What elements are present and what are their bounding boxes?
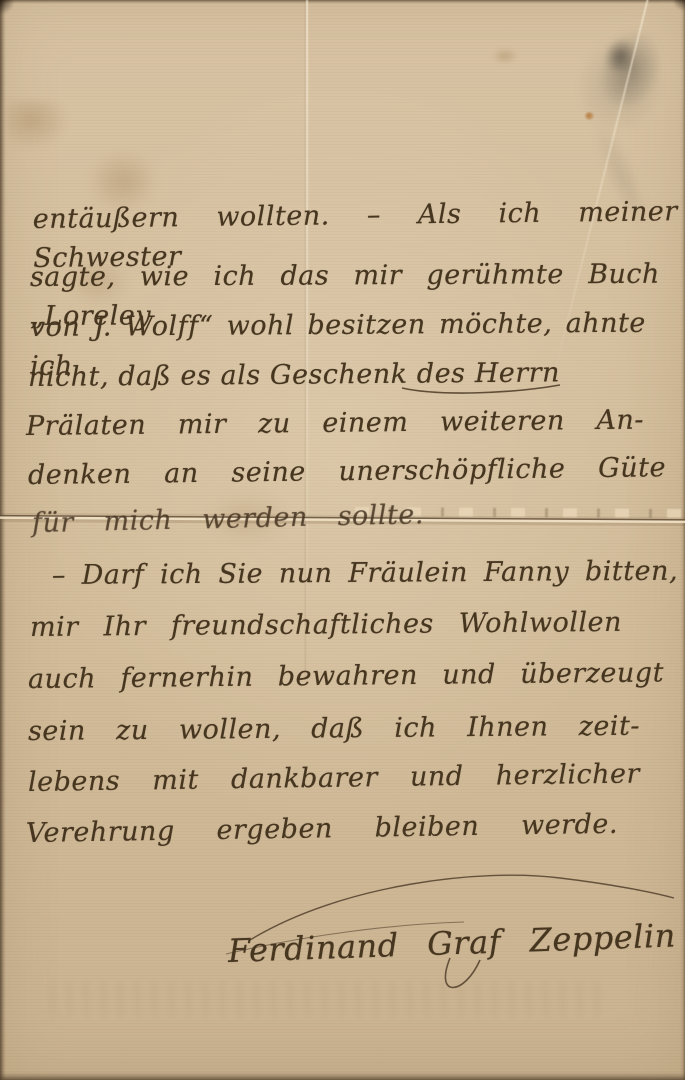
letter-line: – Darf ich Sie nun Fräulein Fanny bitten… xyxy=(52,552,678,596)
dark-corner-top-right xyxy=(674,0,685,12)
dark-corner-top-left xyxy=(0,0,14,14)
letter-line-faded: für mich werden sollte. xyxy=(32,495,425,543)
ink-showthrough xyxy=(50,982,610,1016)
letter-line: nicht, daß es als Geschenk des Herrn xyxy=(28,353,560,397)
letter-line: denken an seine unerschöpfliche Güte xyxy=(28,448,666,495)
letter-page: entäußern wollten. – Als ich meiner Schw… xyxy=(0,0,685,1080)
ink-smudge-stain xyxy=(552,0,685,148)
letter-line: lebens mit dankbarer und herzlicher xyxy=(28,754,640,802)
letter-line: mir Ihr freundschaftliches Wohlwollen xyxy=(30,603,622,647)
foxing-stain-top-left xyxy=(6,100,70,150)
letter-line: Verehrung ergeben bleiben werde. xyxy=(26,805,619,853)
rust-spot xyxy=(585,112,594,120)
signature: Ferdinand Graf Zeppelin xyxy=(227,912,676,974)
letter-line: Prälaten mir zu einem weiteren An- xyxy=(26,401,644,447)
letter-line: auch fernerhin bewahren und überzeugt xyxy=(28,653,664,699)
foxing-stain-top-center xyxy=(492,48,518,64)
letter-line: sein zu wollen, daß ich Ihnen zeit- xyxy=(28,707,640,751)
